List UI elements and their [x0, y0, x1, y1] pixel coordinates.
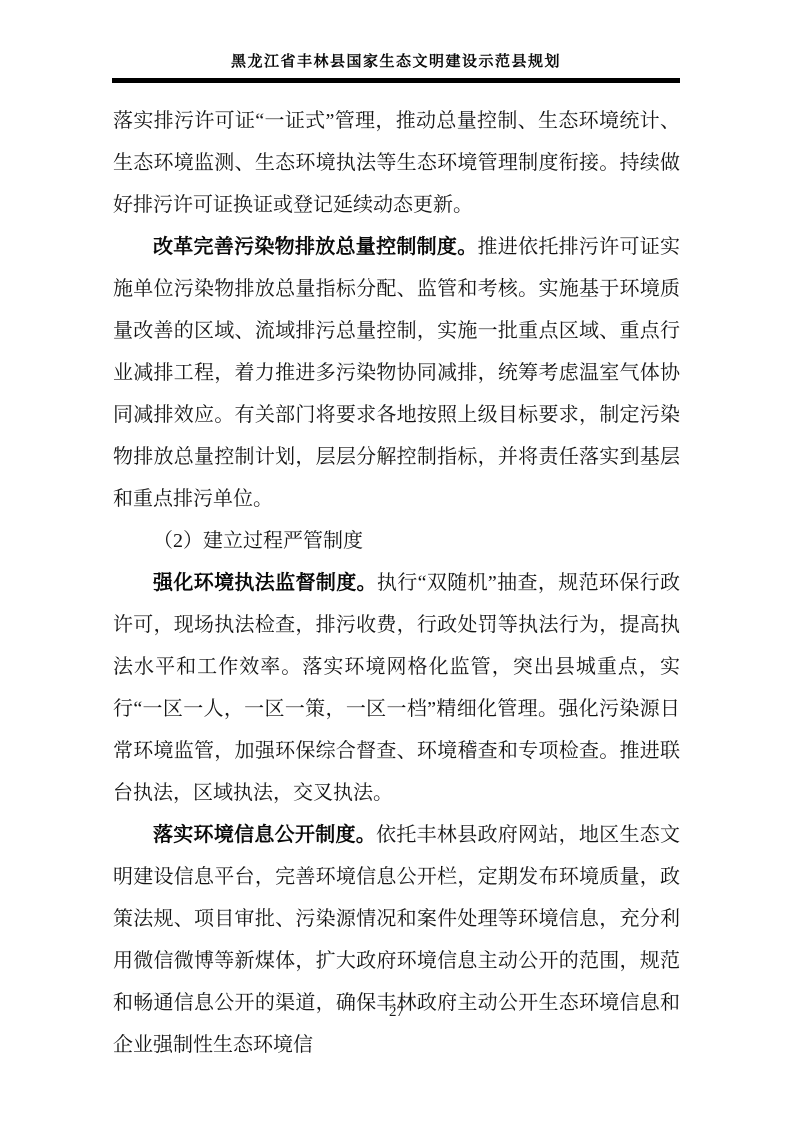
page-footer: 27: [0, 1003, 793, 1021]
paragraph-environment-info-disclosure-lead: 落实环境信息公开制度。: [153, 824, 376, 846]
paragraph-total-emission-control: 改革完善污染物排放总量控制制度。推进依托排污许可证实施单位污染物排放总量指标分配…: [113, 226, 680, 520]
paragraph-permit-management: 落实排污许可证“一证式”管理，推动总量控制、生态环境统计、生态环境监测、生态环境…: [113, 100, 680, 226]
paragraph-total-emission-control-lead: 改革完善污染物排放总量控制制度。: [153, 236, 477, 258]
paragraph-law-enforcement-supervision: 强化环境执法监督制度。执行“双随机”抽查，规范环保行政许可，现场执法检查，排污收…: [113, 562, 680, 814]
header-title: 黑龙江省丰林县国家生态文明建设示范县规划: [112, 50, 680, 71]
paragraph-law-enforcement-supervision-lead: 强化环境执法监督制度。: [153, 572, 377, 594]
document-body: 落实排污许可证“一证式”管理，推动总量控制、生态环境统计、生态环境监测、生态环境…: [113, 100, 680, 1066]
paragraph-total-emission-control-text: 推进依托排污许可证实施单位污染物排放总量指标分配、监管和考核。实施基于环境质量改…: [113, 236, 680, 510]
header-rule: [112, 78, 680, 83]
paragraph-environment-info-disclosure: 落实环境信息公开制度。依托丰林县政府网站，地区生态文明建设信息平台，完善环境信息…: [113, 814, 680, 1066]
section-heading-process-supervision: （2）建立过程严管制度: [113, 520, 680, 562]
page-header: 黑龙江省丰林县国家生态文明建设示范县规划: [112, 50, 680, 83]
paragraph-law-enforcement-supervision-text: 执行“双随机”抽查，规范环保行政许可，现场执法检查，排污收费，行政处罚等执法行为…: [113, 572, 680, 804]
document-page: 黑龙江省丰林县国家生态文明建设示范县规划 落实排污许可证“一证式”管理，推动总量…: [0, 0, 793, 1122]
paragraph-environment-info-disclosure-text: 依托丰林县政府网站，地区生态文明建设信息平台，完善环境信息公开栏，定期发布环境质…: [113, 824, 680, 1056]
page-number: 27: [389, 1004, 404, 1020]
